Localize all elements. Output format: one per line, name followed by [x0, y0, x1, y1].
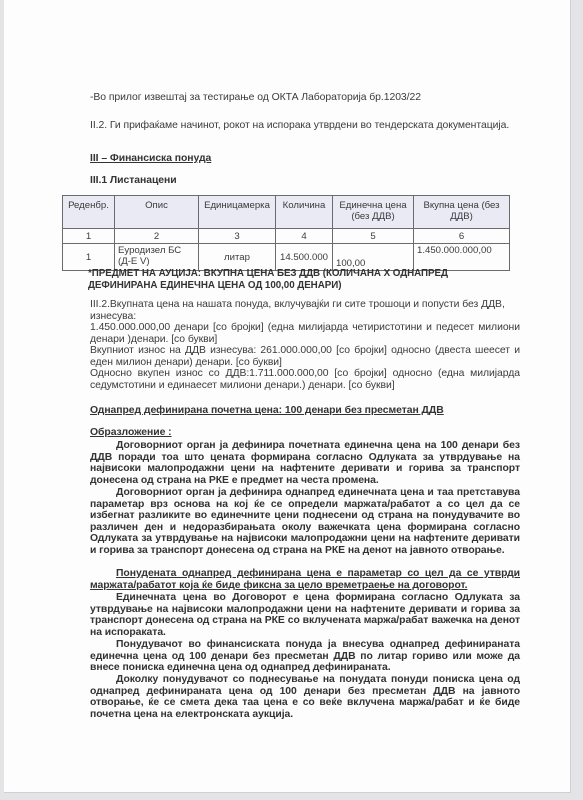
cell-unit: литар [199, 244, 276, 271]
column-number: 4 [276, 229, 333, 244]
section-ii2: II.2. Ги прифаќаме начинот, рокот на исп… [90, 120, 522, 132]
table-row: 1 Еуродизел БС (Д-Е V) литар 14.500.000 … [63, 244, 510, 271]
explanation-paragraph: Договорниот орган ја дефинира почетната … [90, 440, 520, 486]
column-number: 3 [199, 229, 276, 244]
section-iii2-intro: III.2.Вкупната цена на нашата понуда, вк… [90, 299, 520, 322]
column-number: 5 [333, 229, 414, 244]
total-with-vat: Односно вкупен износ со ДДВ:1.711.000.00… [90, 368, 520, 391]
column-number: 2 [115, 229, 199, 244]
header-description: Опис [115, 196, 199, 229]
header-unit-price: Единечна цена (без ДДВ) [333, 196, 414, 229]
header-unit: Единицамерка [199, 196, 276, 229]
section-iii1-title: III.1 Листанацени [90, 175, 177, 187]
price-list-table: Реденбр. Опис Единицамерка Количина Един… [62, 195, 510, 271]
explanation-paragraph: Понудувачот во финансиската понуда ја вн… [90, 639, 520, 674]
explanation-paragraph: Договорниот орган ја дефинира однапред е… [90, 487, 520, 557]
cell-quantity: 14.500.000 [276, 244, 333, 271]
cell-unit-price: 100,00 [333, 244, 414, 271]
total-without-vat: 1.450.000.000,00 денари [со бројки] (едн… [90, 322, 520, 345]
table-header-row: Реденбр. Опис Единицамерка Количина Един… [63, 196, 510, 229]
cell-description: Еуродизел БС (Д-Е V) [115, 244, 199, 271]
predefined-price-title: Однапред дефинирана почетна цена: 100 де… [90, 405, 444, 417]
section-iii-title: III – Финансиска понуда [90, 153, 211, 165]
explanation-title: Образложение : [90, 427, 172, 439]
attachment-line: -Во прилог извештај за тестирање од ОКТА… [90, 92, 520, 104]
explanation-paragraph: Доколку понудувачот со поднесување на по… [90, 674, 520, 720]
explanation-paragraph: Единечната цена во Договорот е цена форм… [90, 592, 520, 638]
auction-note: *ПРЕДМЕТ НА АУЦИЈА: ВКУПНА ЦЕНА БЕЗ ДДВ … [88, 268, 518, 291]
cell-seq-no: 1 [63, 244, 115, 271]
explanation-paragraph-underlined: Понудената однапред дефинирана цена е па… [90, 568, 520, 591]
header-seq-no: Реденбр. [63, 196, 115, 229]
table-column-numbers-row: 1 2 3 4 5 6 [63, 229, 510, 244]
column-number: 1 [63, 229, 115, 244]
column-number: 6 [414, 229, 510, 244]
vat-amount: Вкупниот износ на ДДВ изнесува: 261.000.… [90, 345, 520, 368]
document-page: -Во прилог извештај за тестирање од ОКТА… [4, 0, 571, 793]
header-quantity: Количина [276, 196, 333, 229]
header-total-price: Вкупна цена (без ДДВ) [414, 196, 510, 229]
cell-total-price: 1.450.000.000,00 [414, 244, 510, 271]
